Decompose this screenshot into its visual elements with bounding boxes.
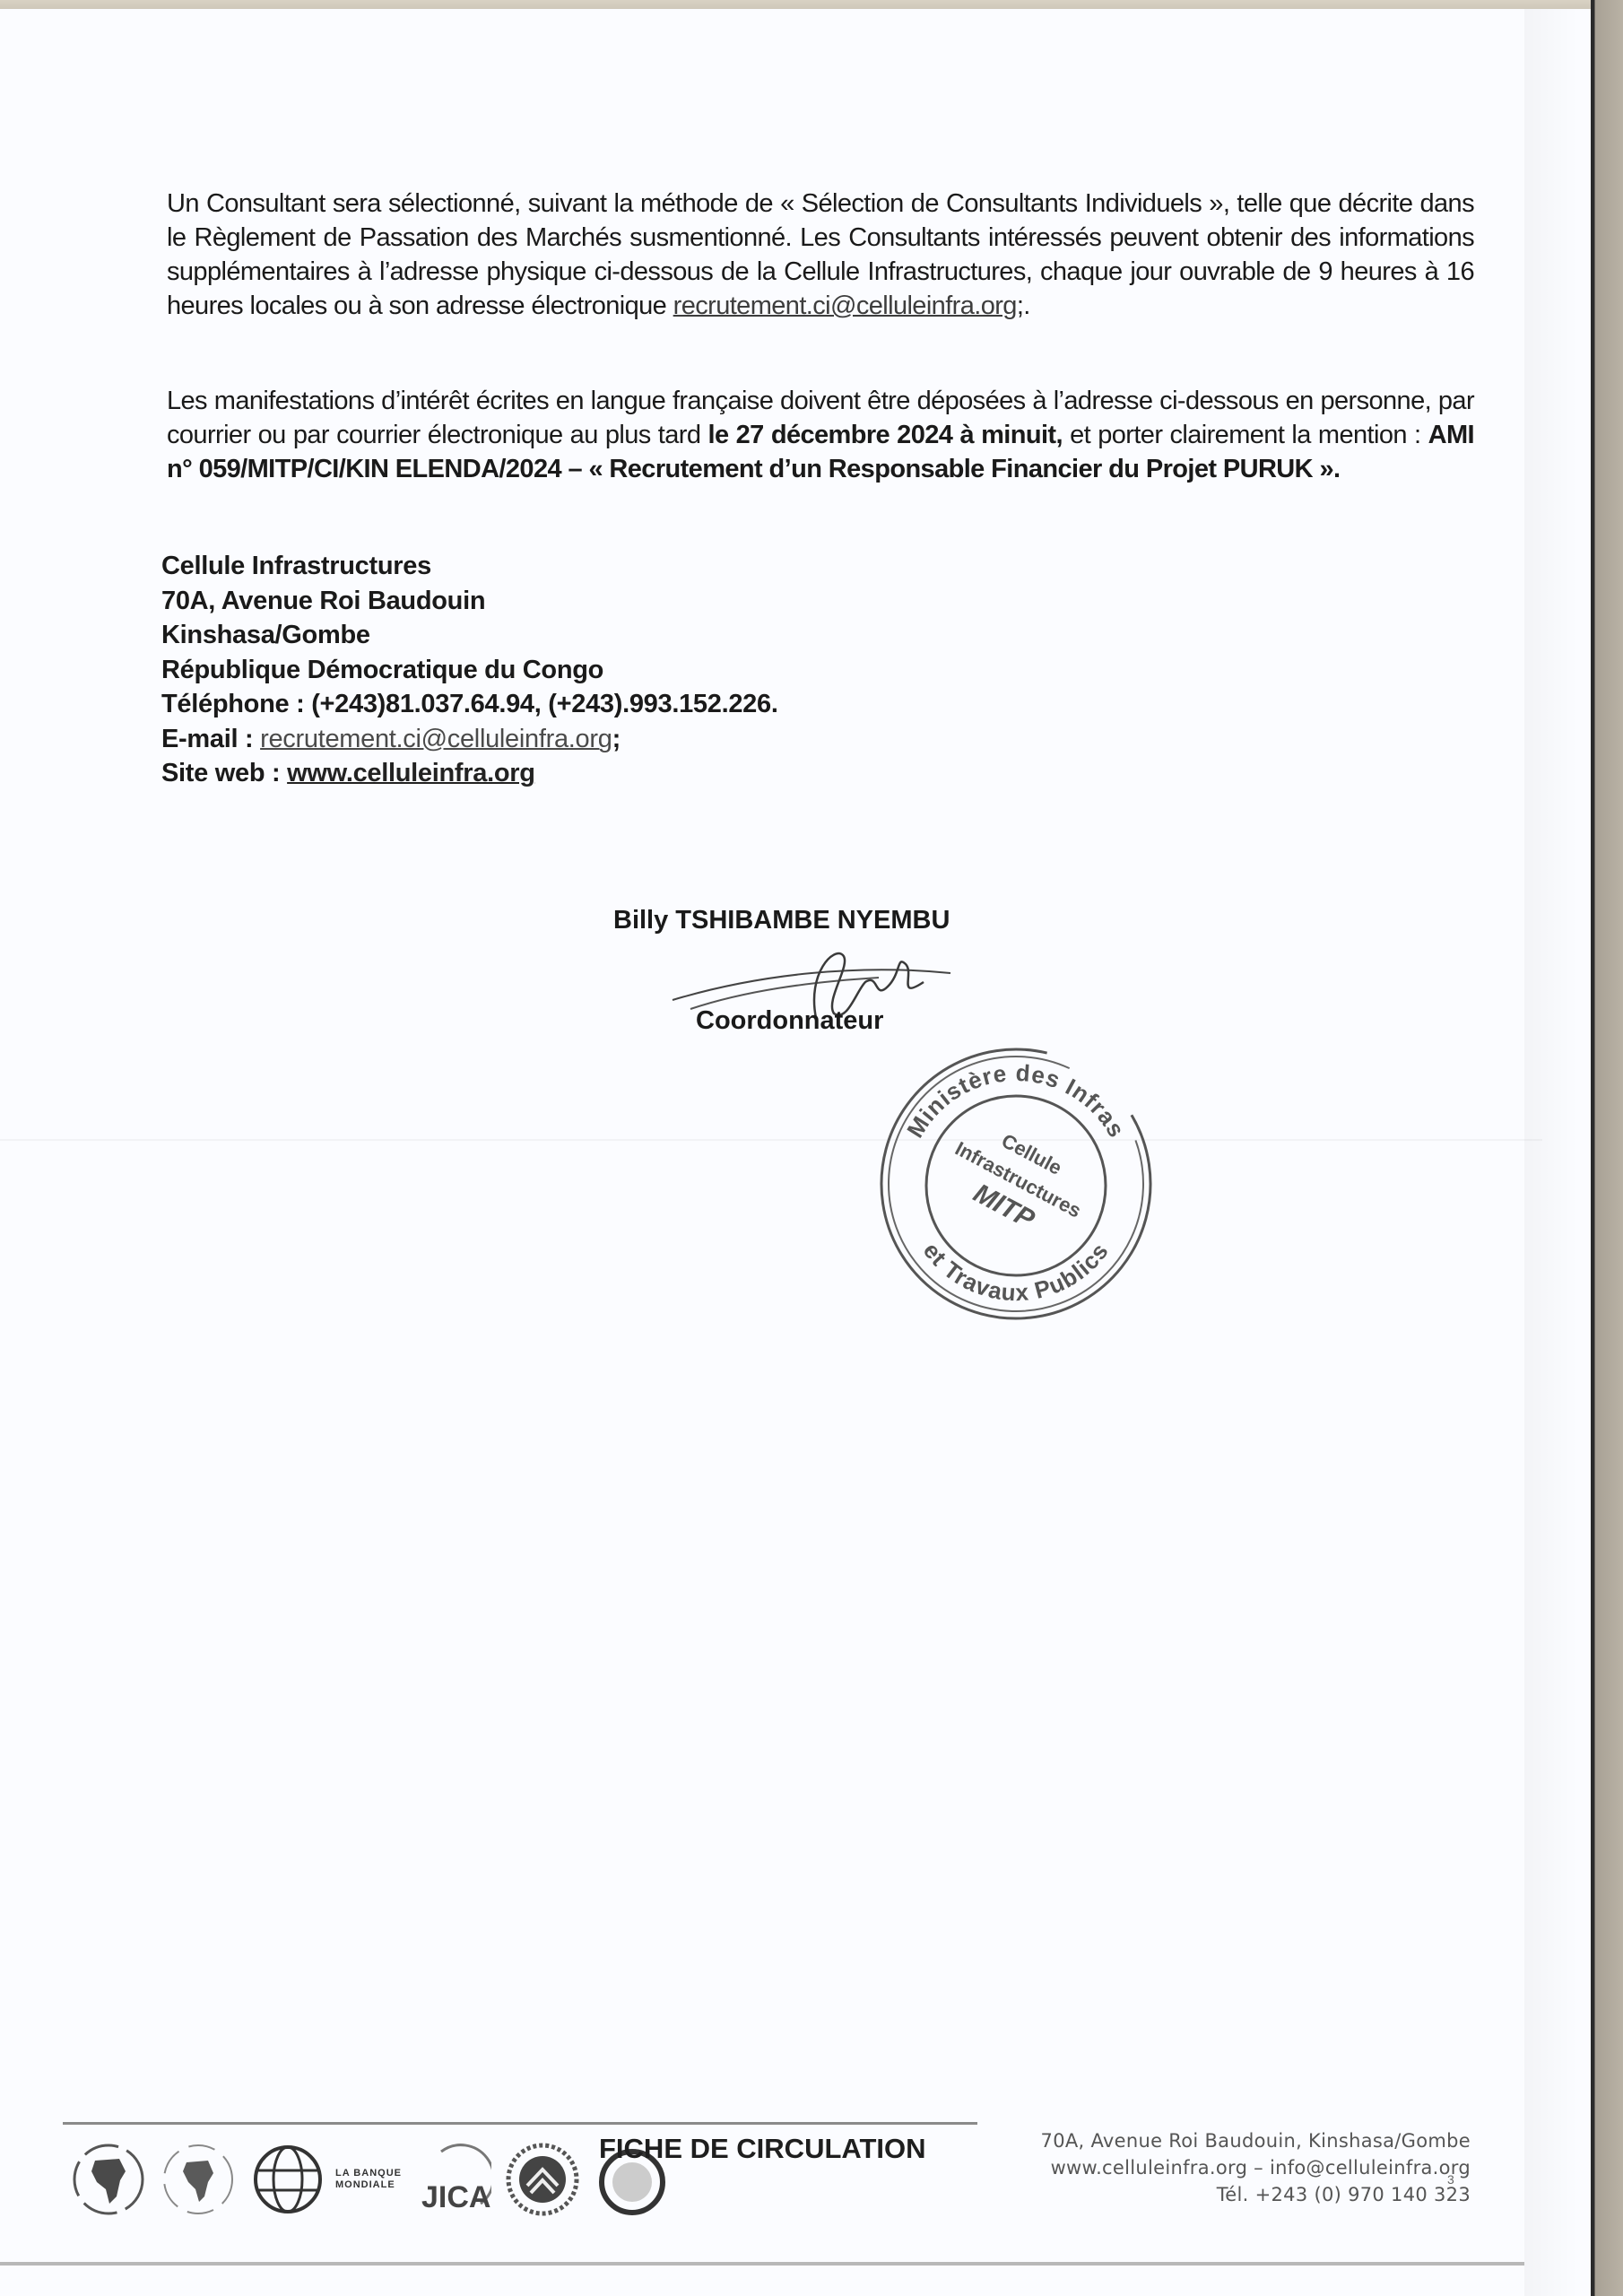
scan-fold-line — [0, 1139, 1542, 1141]
paragraph-text-middle: et porter clairement la mention : — [1063, 421, 1428, 449]
jica-logo-icon: JICA — [414, 2141, 491, 2218]
badea-logo-icon — [504, 2141, 581, 2218]
partner-logos: LA BANQUE MONDIALE JICA — [70, 2135, 671, 2224]
email-link[interactable]: recrutement.ci@celluleinfra.org — [673, 291, 1017, 320]
address-email: E-mail : recrutement.ci@celluleinfra.org… — [161, 722, 778, 757]
footer-address: 70A, Avenue Roi Baudouin, Kinshasa/Gombe — [986, 2127, 1471, 2154]
email-label: E-mail : — [161, 725, 260, 753]
svg-text:JICA: JICA — [421, 2180, 490, 2214]
footer-contact: 70A, Avenue Roi Baudouin, Kinshasa/Gombe… — [986, 2127, 1471, 2208]
world-bank-logo-icon — [249, 2141, 326, 2218]
address-country: République Démocratique du Congo — [161, 653, 778, 688]
phone-value: (+243)81.037.64.94, (+243).993.152.226. — [311, 690, 777, 718]
address-org: Cellule Infrastructures — [161, 549, 778, 584]
scan-bottom-edge — [0, 2262, 1524, 2266]
signatory-title: Coordonnateur — [696, 1006, 883, 1036]
footer-web-email: www.celluleinfra.org – info@celluleinfra… — [986, 2154, 1471, 2181]
document-page: Un Consultant sera sélectionné, suivant … — [0, 9, 1591, 2296]
scanner-edge-right — [1591, 0, 1623, 2296]
website-link[interactable]: www.celluleinfra.org — [287, 759, 535, 787]
paragraph-selection-method: Un Consultant sera sélectionné, suivant … — [167, 187, 1474, 323]
signatory-name: Billy TSHIBAMBE NYEMBU — [613, 906, 950, 935]
circulation-label: FICHE DE CIRCULATION — [599, 2133, 926, 2165]
address-city: Kinshasa/Gombe — [161, 618, 778, 653]
world-bank-label: LA BANQUE MONDIALE — [335, 2168, 402, 2191]
deadline: le 27 décembre 2024 à minuit, — [708, 421, 1063, 449]
email-link[interactable]: recrutement.ci@celluleinfra.org — [260, 725, 612, 753]
african-development-bank-logo-icon — [70, 2141, 147, 2218]
paragraph-submission: Les manifestations d’intérêt écrites en … — [167, 384, 1474, 486]
address-web: Site web : www.celluleinfra.org — [161, 756, 778, 791]
web-label: Site web : — [161, 759, 287, 787]
paragraph-trailing: ;. — [1017, 291, 1030, 320]
african-development-fund-logo-icon — [160, 2141, 237, 2218]
svg-text:Ministère des Infras: Ministère des Infras — [901, 1059, 1131, 1143]
scanner-edge-top — [0, 0, 1623, 9]
phone-label: Téléphone : — [161, 690, 311, 718]
official-stamp-icon: Ministère des Infras et Travaux Publics … — [868, 1031, 1164, 1327]
footer-divider — [63, 2122, 977, 2125]
address-street: 70A, Avenue Roi Baudouin — [161, 584, 778, 619]
email-trailing: ; — [612, 725, 621, 753]
svg-text:et Travaux Publics: et Travaux Publics — [918, 1238, 1114, 1307]
page-number: 3 — [1447, 2172, 1454, 2187]
footer-phone: Tél. +243 (0) 970 140 323 — [986, 2181, 1471, 2208]
address-phone: Téléphone : (+243)81.037.64.94, (+243).9… — [161, 687, 778, 722]
address-block: Cellule Infrastructures 70A, Avenue Roi … — [161, 549, 778, 791]
